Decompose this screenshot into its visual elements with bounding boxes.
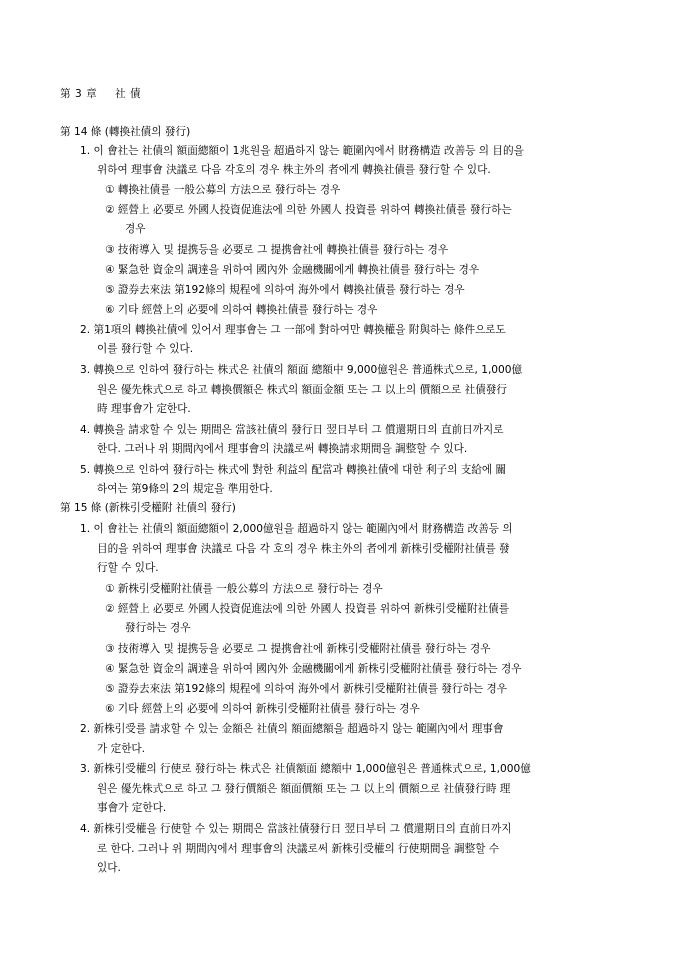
- article-15-clause-2-cont: 가 定한다.: [97, 742, 145, 756]
- article-15-item-1: ① 新株引受權附社債를 一般公募의 方法으로 發行하는 경우: [105, 582, 383, 596]
- article-15-clause-1: 1. 이 會社는 社債의 額面總額이 2,000億원을 超過하지 않는 範圍內에…: [80, 522, 513, 536]
- article-14-clause-2: 2. 第1項의 轉換社債에 있어서 理事會는 그 一部에 對하여만 轉換權을 附…: [80, 323, 506, 337]
- article-14-item-4: ④ 緊急한 資金의 調達을 위하여 國內外 金融機關에게 轉換社債를 發行하는 …: [105, 263, 479, 277]
- article-14-clause-4-cont: 한다. 그러나 위 期間內에서 理事會의 決議로써 轉換請求期間을 調整할 수 …: [97, 442, 467, 456]
- chapter-title: 社 債: [115, 88, 141, 100]
- article-14-clause-3-cont-1: 원은 優先株式으로 하고 轉換價額은 株式의 額面金額 또는 그 以上의 價額으…: [97, 383, 507, 397]
- article-15-item-4: ④ 緊急한 資金의 調達을 위하여 國內外 金融機關에게 新株引受權附社債를 發…: [105, 662, 522, 676]
- article-14-clause-3-cont-2: 時 理事會가 定한다.: [97, 402, 191, 416]
- article-15-clause-4: 4. 新株引受權을 行使할 수 있는 期間은 當該社債發行日 翌日부터 그 償還…: [80, 822, 511, 836]
- article-15-item-2: ② 經營上 必要로 外國人投資促進法에 의한 外國人 投資를 위하여 新株引受權…: [105, 602, 509, 616]
- article-15-item-2-cont: 發行하는 경우: [125, 621, 191, 635]
- article-14-item-6: ⑥ 기타 經營上의 必要에 의하여 轉換社債를 發行하는 경우: [105, 303, 377, 317]
- article-14-clause-5: 5. 轉換으로 인하여 發行하는 株式에 對한 利益의 配當과 轉換社債에 대한…: [80, 463, 506, 477]
- article-14-item-2-cont: 경우: [125, 222, 145, 236]
- chapter-heading: 第 3 章 社 債: [60, 86, 141, 101]
- article-14-heading: 第 14 條 (轉換社債의 發行): [60, 125, 190, 139]
- article-15-clause-4-cont-2: 있다.: [97, 861, 121, 875]
- article-14-clause-1: 1. 이 會社는 社債의 額面總額이 1兆원을 超過하지 않는 範圍內에서 財務…: [80, 144, 524, 158]
- article-15-clause-1-cont-1: 目的을 위하여 理事會 決議로 다음 각 호의 경우 株主外의 者에게 新株引受…: [97, 542, 510, 556]
- article-15-clause-3: 3. 新株引受權의 行使로 發行하는 株式은 社債額面 總額中 1,000億원은…: [80, 762, 531, 776]
- document-page: 第 3 章 社 債 第 14 條 (轉換社債의 發行) 1. 이 會社는 社債의…: [0, 0, 680, 962]
- article-14-item-3: ③ 技術導入 및 提携등을 必要로 그 提携會社에 轉換社債를 發行하는 경우: [105, 243, 448, 257]
- article-14-clause-3: 3. 轉換으로 인하여 發行하는 株式은 社債의 額面 總額中 9,000億원은…: [80, 363, 522, 377]
- article-15-clause-4-cont-1: 로 한다. 그러나 위 期間內에서 理事會의 決議로써 新株引受權의 行使期間을…: [97, 842, 499, 856]
- article-14-item-1: ① 轉換社債를 一般公募의 方法으로 發行하는 경우: [105, 183, 340, 197]
- article-14-clause-4: 4. 轉換을 請求할 수 있는 期間은 當該社債의 發行日 翌日부터 그 償還期…: [80, 423, 503, 437]
- article-14-clause-1-cont: 위하여 理事會 決議로 다음 각호의 경우 株主外의 者에게 轉換社債를 發行할…: [97, 163, 491, 177]
- article-15-clause-3-cont-1: 원은 優先株式으로 하고 그 發行價額은 額面價額 또는 그 以上의 價額으로 …: [97, 782, 510, 796]
- article-14-clause-2-cont: 이를 發行할 수 있다.: [97, 342, 193, 356]
- article-15-item-3: ③ 技術導入 및 提携등을 必要로 그 提携會社에 新株引受權附社債를 發行하는…: [105, 642, 490, 656]
- article-14-item-5: ⑤ 證券去來法 第192條의 規程에 의하여 海外에서 轉換社債를 發行하는 경…: [105, 283, 465, 297]
- article-14-item-2: ② 經營上 必要로 外國人投資促進法에 의한 外國人 投資를 위하여 轉換社債를…: [105, 203, 512, 217]
- article-14-clause-5-cont: 하여는 第9條의 2의 規定을 準用한다.: [97, 482, 273, 496]
- article-15-clause-1-cont-2: 行할 수 있다.: [97, 561, 159, 575]
- article-15-item-6: ⑥ 기타 經營上의 必要에 의하여 新株引受權附社債를 發行하는 경우: [105, 702, 420, 716]
- article-15-clause-3-cont-2: 事會가 定한다.: [97, 801, 166, 815]
- article-15-heading: 第 15 條 (新株引受權附 社債의 發行): [60, 501, 236, 515]
- article-15-clause-2: 2. 新株引受를 請求할 수 있는 金額은 社債의 額面總額을 超過하지 않는 …: [80, 722, 503, 736]
- chapter-number: 第 3 章: [60, 88, 97, 100]
- article-15-item-5: ⑤ 證券去來法 第192條의 規程에 의하여 海外에서 新株引受權附社債를 發行…: [105, 682, 507, 696]
